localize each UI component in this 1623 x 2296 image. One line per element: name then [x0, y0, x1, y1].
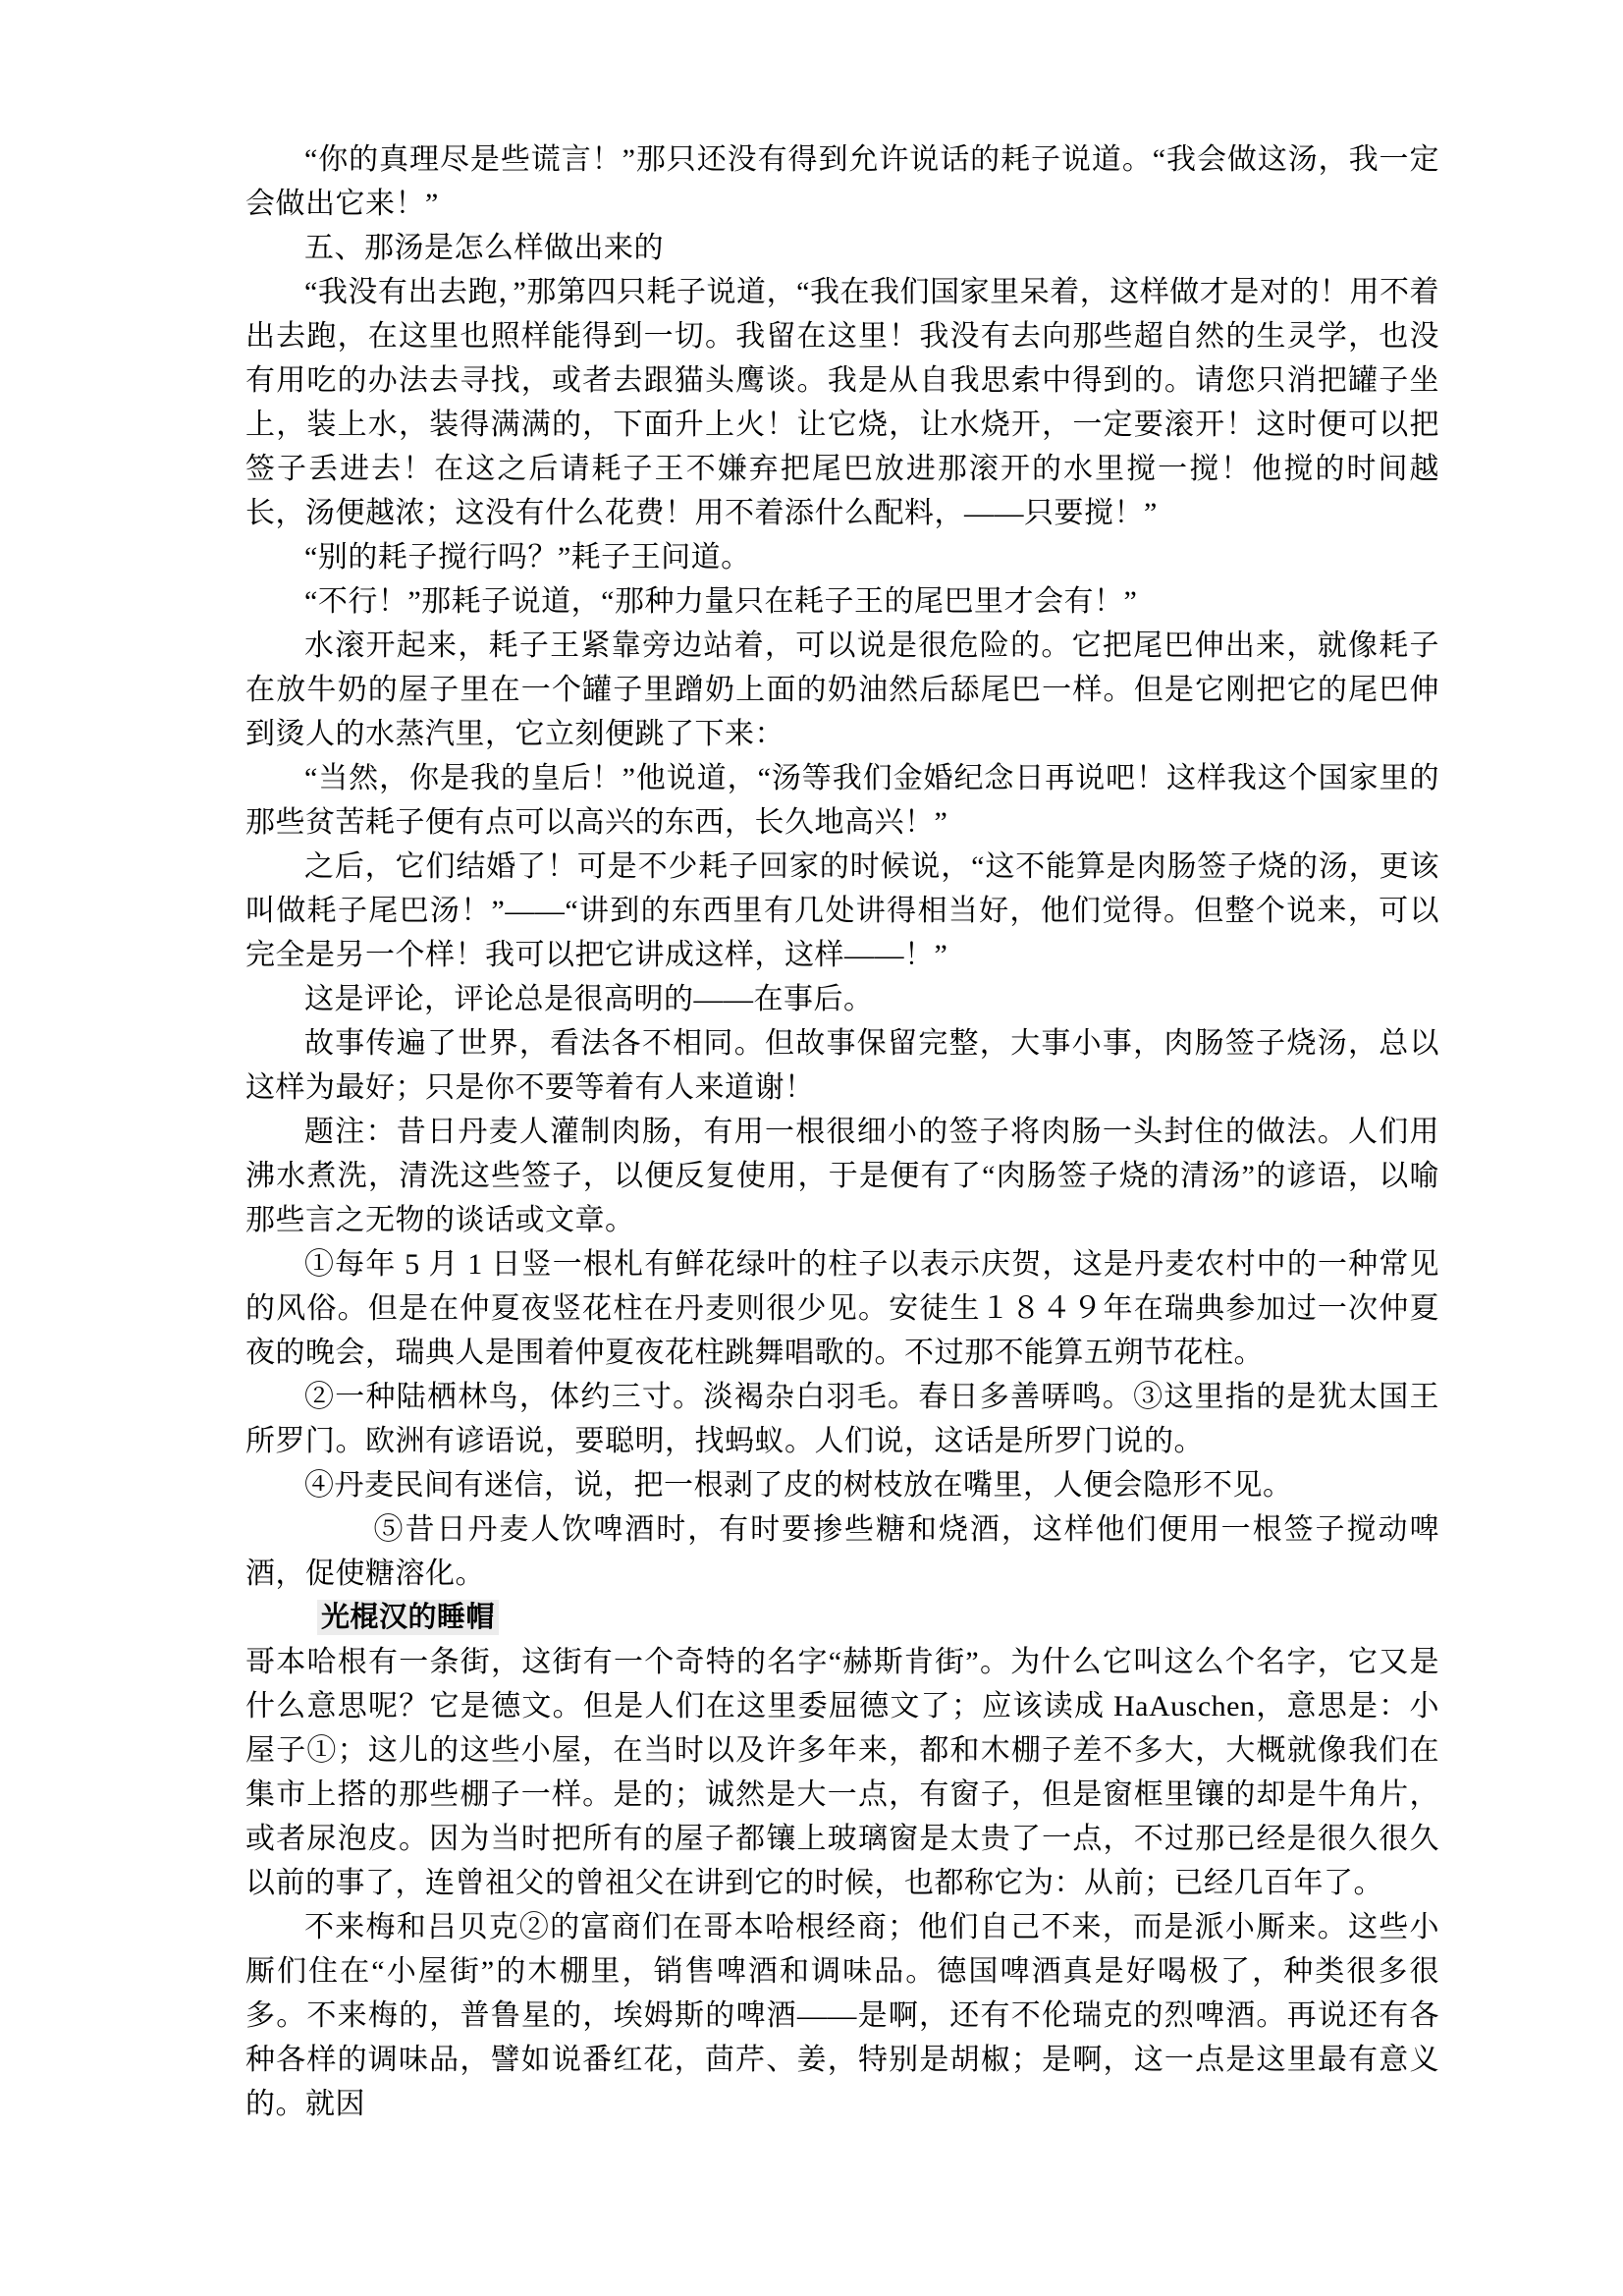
paragraph: “不行！”那耗子说道，“那种力量只在耗子王的尾巴里才会有！” — [245, 579, 1439, 624]
paragraph: 哥本哈根有一条街，这街有一个奇特的名字“赫斯肯街”。为什么它叫这么个名字，它又是… — [245, 1640, 1439, 1905]
document-page: “你的真理尽是些谎言！”那只还没有得到允许说话的耗子说道。“我会做这汤，我一定会… — [0, 0, 1623, 2296]
paragraph: “当然，你是我的皇后！”他说道，“汤等我们金婚纪念日再说吧！这样我这个国家里的那… — [245, 756, 1439, 845]
paragraph: 这是评论，评论总是很高明的——在事后。 — [245, 977, 1439, 1021]
paragraph: 题注：昔日丹麦人灌制肉肠，有用一根很细小的签子将肉肠一头封住的做法。人们用沸水煮… — [245, 1110, 1439, 1242]
paragraph: 五、那汤是怎么样做出来的 — [245, 226, 1439, 270]
paragraph: ①每年 5 月 1 日竖一根札有鲜花绿叶的柱子以表示庆贺，这是丹麦农村中的一种常… — [245, 1242, 1439, 1375]
section-heading-text: 光棍汉的睡帽 — [317, 1600, 499, 1635]
paragraph: ④丹麦民间有迷信，说，把一根剥了皮的树枝放在嘴里，人便会隐形不见。 — [245, 1463, 1439, 1507]
paragraph: 不来梅和吕贝克②的富商们在哥本哈根经商；他们自己不来，而是派小厮来。这些小厮们住… — [245, 1905, 1439, 2126]
paragraph: “你的真理尽是些谎言！”那只还没有得到允许说话的耗子说道。“我会做这汤，我一定会… — [245, 137, 1439, 226]
paragraph: “别的耗子搅行吗？”耗子王问道。 — [245, 535, 1439, 579]
paragraph: 故事传遍了世界，看法各不相同。但故事保留完整，大事小事，肉肠签子烧汤，总以这样为… — [245, 1021, 1439, 1110]
paragraph: ②一种陆栖林鸟，体约三寸。淡褐杂白羽毛。春日多善哢鸣。③这里指的是犹太国王所罗门… — [245, 1375, 1439, 1463]
paragraph: ⑤昔日丹麦人饮啤酒时，有时要掺些糖和烧酒，这样他们便用一根签子搅动啤酒，促使糖溶… — [245, 1507, 1439, 1596]
paragraph: “我没有出去跑，”那第四只耗子说道，“我在我们国家里呆着，这样做才是对的！用不着… — [245, 270, 1439, 535]
section-heading: 光棍汉的睡帽 — [317, 1596, 1439, 1640]
paragraph: 之后，它们结婚了！可是不少耗子回家的时候说，“这不能算是肉肠签子烧的汤，更该叫做… — [245, 845, 1439, 977]
text-block: “你的真理尽是些谎言！”那只还没有得到允许说话的耗子说道。“我会做这汤，我一定会… — [245, 137, 1439, 2126]
paragraph: 水滚开起来，耗子王紧靠旁边站着，可以说是很危险的。它把尾巴伸出来，就像耗子在放牛… — [245, 624, 1439, 756]
